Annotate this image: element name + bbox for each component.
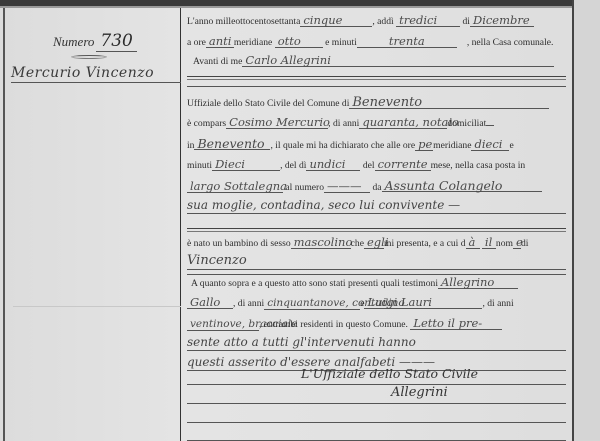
handwritten-house-number: ——— — [324, 181, 370, 193]
printed-text: , di anni — [233, 298, 264, 309]
handwritten-hour: otto — [275, 36, 323, 48]
printed-text: di — [463, 16, 470, 27]
handwritten-age-profession: quaranta, notaio — [359, 117, 447, 129]
birth-record-form: L'anno milleottocentosettantacinque, add… — [181, 8, 572, 441]
handwritten-comune: Benevento — [349, 97, 549, 109]
handwritten-birth-minutes: Dieci — [212, 159, 280, 171]
handwritten-year: cinque — [300, 15, 372, 27]
handwritten-birth-hour: dieci — [471, 139, 509, 151]
form-line-time: a oreantimeridiane otto e minutitrenta, … — [187, 36, 566, 48]
handwritten-closing-a: Letto il pre- — [410, 318, 502, 330]
blank-rule — [187, 422, 566, 423]
handwritten-nome-suffix: e — [513, 237, 521, 249]
register-page: Numero730 Mercurio Vincenzo L'anno mille… — [0, 0, 600, 441]
printed-text: al numero — [285, 182, 324, 193]
handwritten-witness1-a: Allegrino — [438, 277, 518, 289]
form-line-residents: ventinove, bracciale, entrambi residenti… — [187, 318, 566, 331]
handwritten-day: tredici — [396, 15, 460, 27]
right-margin — [574, 0, 600, 441]
printed-text: , di anni — [482, 298, 513, 309]
handwritten-mother-details: sua moglie, contadina, seco lui conviven… — [187, 198, 566, 214]
handwritten-birth-day: undici — [306, 159, 360, 171]
record-number: Numero730 — [53, 31, 137, 51]
handwritten-che: egli — [364, 237, 384, 249]
handwritten-street: largo Sottalegna — [187, 181, 283, 193]
handwritten-witness2-age: ventinove, bracciale — [187, 319, 259, 331]
blank-rule — [187, 403, 566, 404]
printed-text: domiciliat — [447, 118, 486, 129]
section-rule — [187, 228, 566, 229]
handwritten-da: à — [466, 237, 480, 249]
signature-rule — [187, 384, 566, 385]
subject-name: Mercurio Vincenzo — [11, 65, 181, 83]
flourish-divider — [71, 55, 107, 59]
blank-fill — [486, 125, 494, 126]
left-margin-column: Numero730 Mercurio Vincenzo — [3, 8, 181, 441]
handwritten-mother: Assunta Colangelo — [382, 180, 542, 192]
form-line-witnesses: A quanto sopra e a questo atto sono stat… — [187, 277, 566, 289]
handwritten-minutes: trenta — [357, 36, 457, 48]
printed-text: a ore — [187, 37, 206, 48]
printed-text: Uffiziale dello Stato Civile del Comune … — [187, 98, 349, 109]
handwritten-officer: Carlo Allegrini — [242, 55, 554, 67]
printed-text: L'anno milleottocentosettanta — [187, 16, 300, 27]
printed-text: , addì — [372, 16, 393, 27]
printed-text: , di anni — [328, 118, 359, 129]
handwritten-sex: mascolino — [291, 237, 351, 249]
form-line-date: L'anno milleottocentosettantacinque, add… — [187, 15, 566, 27]
printed-text: da — [372, 182, 381, 193]
signature-title: L'Uffiziale dello Stato Civile — [301, 366, 478, 381]
form-line-child-sex: è nato un bambino di sessomascolinocheeg… — [187, 237, 566, 249]
form-line-officer: Uffiziale dello Stato Civile del Comune … — [187, 97, 566, 109]
printed-text: A quanto sopra e a questo atto sono stat… — [191, 278, 438, 289]
officer-signature: Allegrini — [391, 385, 448, 400]
handwritten-child-name: Vincenzo — [187, 254, 566, 270]
handwritten-witness2: Luigi Lauri — [364, 297, 482, 309]
printed-text: , del dì — [280, 160, 306, 171]
form-line-declarant: è comparsCosimo Mercurio, di anniquarant… — [187, 117, 566, 129]
form-line-residence: inBenevento, il quale mi ha dichiarato c… — [187, 138, 566, 151]
printed-text: mi presenta, e a cui d — [384, 238, 466, 249]
printed-text: è compars — [187, 118, 226, 129]
printed-text: e minuti — [325, 37, 357, 48]
handwritten-il: il — [482, 237, 496, 249]
printed-text: , nella Casa comunale. — [467, 37, 554, 48]
printed-text: del — [363, 160, 375, 171]
printed-text: Avanti di me — [193, 56, 242, 67]
handwritten-witness1-b: Gallo — [187, 297, 233, 309]
printed-text: è nato un bambino di sesso — [187, 238, 291, 249]
printed-text: mese, nella casa posta in — [431, 160, 526, 171]
printed-text: di — [521, 238, 528, 249]
handwritten-residence: Benevento — [194, 138, 270, 150]
printed-text: , entrambi residenti in questo Comune. — [259, 319, 408, 330]
printed-text: che — [351, 238, 364, 249]
form-line-address: largo Sottalegna al numero——— daAssunta … — [187, 180, 566, 193]
section-rule — [187, 86, 566, 87]
printed-text: meridiane — [234, 37, 272, 48]
faint-rule — [13, 306, 181, 307]
handwritten-month: Dicembre — [470, 15, 534, 27]
handwritten-closing-b: sente atto a tutti gl'intervenuti hanno — [187, 335, 566, 351]
printed-text: minuti — [187, 160, 212, 171]
numero-label: Numero — [53, 34, 94, 49]
printed-text: nom — [496, 238, 513, 249]
section-rule — [187, 76, 566, 77]
handwritten-ante: anti — [206, 36, 234, 48]
printed-text: in — [187, 140, 194, 151]
handwritten-month-ref: corrente — [375, 159, 431, 171]
numero-value: 730 — [96, 31, 136, 52]
handwritten-declarant: Cosimo Mercurio — [226, 117, 328, 129]
form-line-before-me: Avanti di meCarlo Allegrini — [187, 55, 566, 67]
handwritten-witness1-age: cinquantanove, contadino — [264, 298, 360, 310]
printed-text: e — [509, 140, 513, 151]
handwritten-pm: pe — [415, 139, 433, 151]
form-line-witness-details: Gallo, di annicinquantanove, contadinoeL… — [187, 297, 566, 310]
printed-text: meridiane — [433, 140, 471, 151]
section-rule — [187, 274, 566, 275]
form-line-birth-time: minutiDieci, del dìundici delcorrentemes… — [187, 159, 566, 171]
printed-text: , il quale mi ha dichiarato che alle ore — [270, 140, 415, 151]
